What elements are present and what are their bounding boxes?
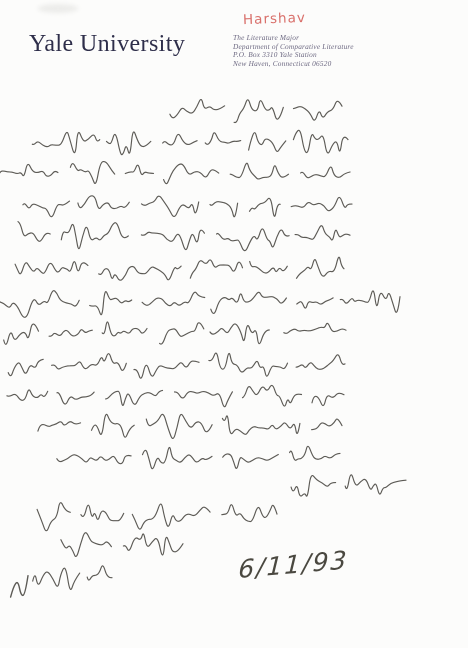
handwritten-line-signature-15 [61, 533, 183, 557]
handwritten-line-body-8 [4, 322, 346, 344]
handwritten-body: 6/11/93 [0, 0, 468, 648]
handwritten-line-body-10 [7, 385, 344, 406]
handwritten-line-body-9 [8, 353, 345, 378]
handwritten-line-body-4 [23, 196, 352, 217]
scanned-letter-page: Harshav Yale University The Literature M… [0, 0, 468, 648]
date-handwritten: 6/11/93 [238, 545, 349, 584]
handwritten-line-body-11 [38, 414, 342, 438]
handwritten-line-closing-14 [37, 503, 277, 531]
handwritten-line-body-12 [57, 446, 340, 468]
handwritten-line-emphasis-13 [291, 475, 406, 496]
handwritten-line-body-7 [0, 291, 400, 318]
handwritten-line-body-2 [32, 130, 348, 154]
handwritten-line-salutation-1 [170, 100, 342, 123]
handwritten-line-flourish-17 [11, 576, 28, 597]
handwritten-line-postscript-16 [33, 566, 112, 590]
handwritten-line-body-5 [18, 222, 350, 251]
handwritten-line-body-6 [15, 257, 344, 280]
handwritten-line-body-3 [0, 162, 350, 184]
